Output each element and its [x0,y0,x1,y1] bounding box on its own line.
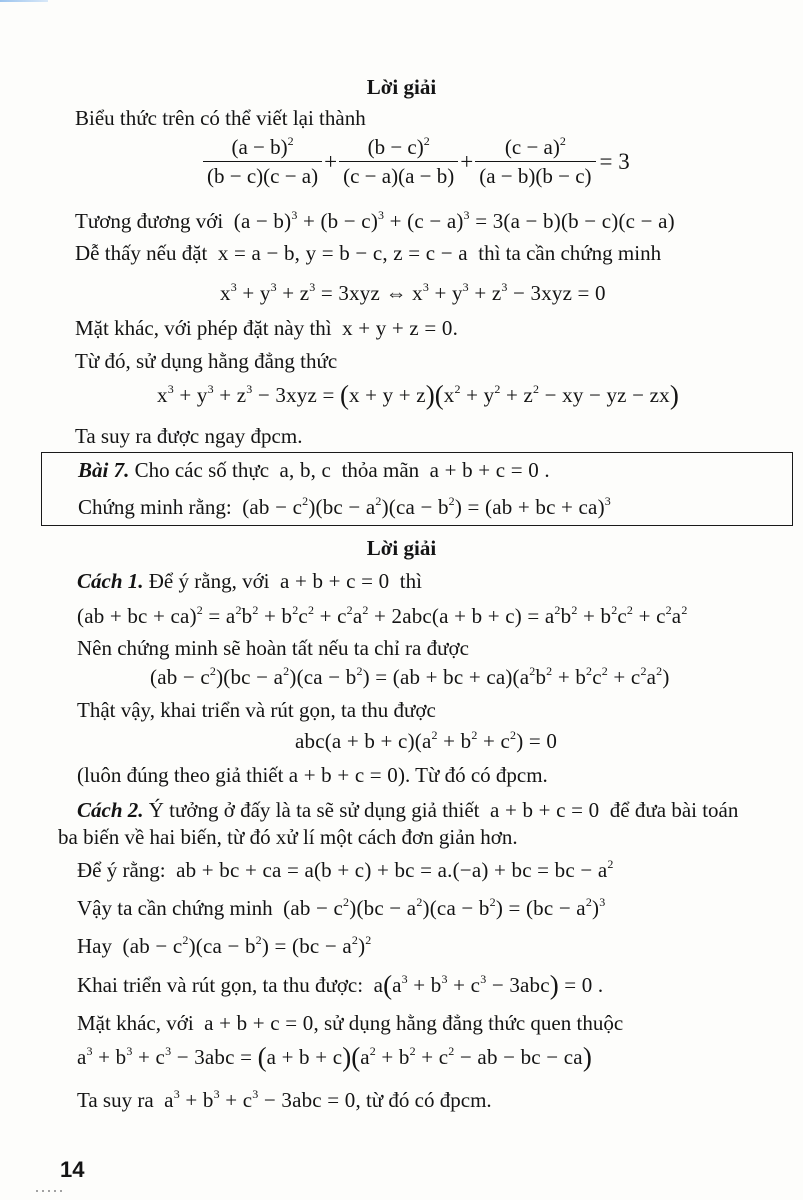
equivalent-line: Tương đương với (a − b)3 + (b − c)3 + (c… [75,208,675,234]
scan-speck-artifact [36,1190,64,1192]
identity-equation: x3 + y3 + z3 − 3xyz = (x + y + z)(x2 + y… [157,382,679,408]
fraction-denominator: (c − a)(a − b) [339,161,458,188]
substitution-line: Dễ thấy nếu đặt x = a − b, y = b − c, z … [75,240,661,266]
fraction-numerator: (a − b)2 [227,135,297,161]
fraction-denominator: (b − c)(c − a) [203,161,322,188]
solution-heading: Lời giải [0,535,803,561]
method1-reduce-equation: (ab − c2)(bc − a2)(ca − b2) = (ab + bc +… [150,664,670,690]
fraction-term-3: (c − a)2 (a − b)(b − c) [475,135,595,188]
method1-expand-text: Thật vậy, khai triển và rút gọn, ta thu … [77,697,436,723]
method2-final: Ta suy ra a3 + b3 + c3 − 3abc = 0, từ đó… [77,1087,492,1113]
method2-identity-equation: a3 + b3 + c3 − 3abc = (a + b + c)(a2 + b… [77,1044,592,1070]
equivalent-math: (a − b)3 + (b − c)3 + (c − a)3 = 3(a − b… [234,209,675,233]
method2-need: Vậy ta cần chứng minh (ab − c2)(bc − a2)… [77,895,605,921]
method1-expand-equation: (ab + bc + ca)2 = a2b2 + b2c2 + c2a2 + 2… [77,603,688,629]
plus-sign: + [322,149,339,175]
method1-intro: Cách 1. Để ý rằng, với a + b + c = 0 thì [77,568,422,594]
conclusion-text: Ta suy ra được ngay đpcm. [75,423,302,449]
method2-idea-line2: ba biến về hai biến, từ đó xử lí một các… [58,824,518,850]
scan-edge-artifact [0,0,48,2]
method1-result-equation: abc(a + b + c)(a2 + b2 + c2) = 0 [295,728,557,754]
problem-statement: Bài 7. Cho các số thực a, b, c thỏa mãn … [78,457,550,483]
equation-rhs: = 3 [596,149,632,175]
fraction-denominator: (a − b)(b − c) [475,161,595,188]
method2-or: Hay (ab − c2)(ca − b2) = (bc − a2)2 [77,933,372,959]
method2-expand: Khai triển và rút gọn, ta thu được: a(a3… [77,972,603,998]
sum-line: Mặt khác, với phép đặt này thì x + y + z… [75,315,458,341]
fraction-term-2: (b − c)2 (c − a)(a − b) [339,135,458,188]
method1-result-note: (luôn đúng theo giả thiết a + b + c = 0)… [77,762,548,788]
fraction-numerator: (c − a)2 [501,135,570,161]
identity-label: Từ đó, sử dụng hằng đẳng thức [75,348,337,374]
method1-reduce-text: Nên chứng minh sẽ hoàn tất nếu ta chỉ ra… [77,635,469,661]
page-number: 14 [60,1157,84,1183]
problem-label: Bài 7. [78,458,129,482]
method1-label: Cách 1. [77,569,144,593]
intro-text: Biểu thức trên có thể viết lại thành [75,105,366,131]
problem-prove: Chứng minh rằng: (ab − c2)(bc − a2)(ca −… [78,494,611,520]
solution-heading: Lời giải [0,74,803,100]
method2-other: Mặt khác, với a + b + c = 0, sử dụng hằn… [77,1010,623,1036]
method2-label: Cách 2. [77,798,144,822]
plus-sign: + [458,149,475,175]
fraction-term-1: (a − b)2 (b − c)(c − a) [203,135,322,188]
goal-equation: x3 + y3 + z3 = 3xyz ⇔ x3 + y3 + z3 − 3xy… [220,280,606,306]
fraction-numerator: (b − c)2 [364,135,434,161]
method2-idea: Cách 2. Ý tưởng ở đấy là ta sẽ sử dụng g… [77,797,738,823]
method2-note: Để ý rằng: ab + bc + ca = a(b + c) + bc … [77,857,614,883]
fraction-equation: (a − b)2 (b − c)(c − a) + (b − c)2 (c − … [203,135,632,188]
